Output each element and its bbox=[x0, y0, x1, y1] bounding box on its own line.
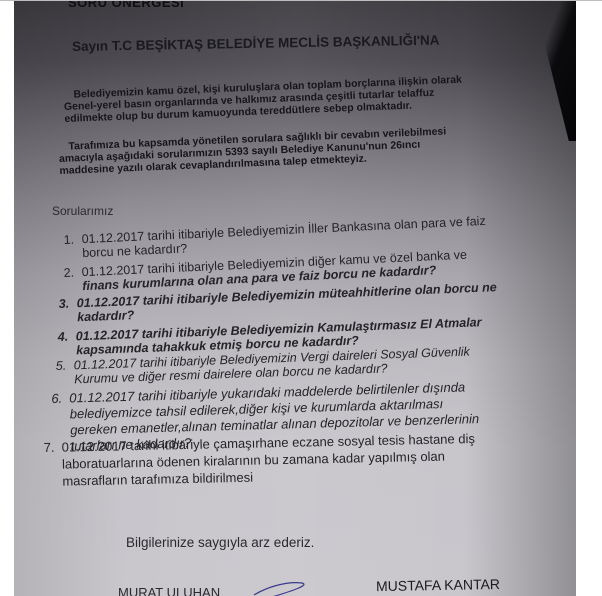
signatory-name: MUSTAFA KANTAR bbox=[376, 576, 500, 594]
question-number: 2. bbox=[63, 265, 82, 280]
document-photo: SORU ÖNERGESİ Sayın T.C BEŞİKTAŞ BELEDİY… bbox=[14, 1, 576, 596]
question-number: 6. bbox=[51, 391, 69, 407]
closing-line: Bilgilerinize saygıyla arz ederiz. bbox=[126, 535, 314, 550]
signature-scribble-icon bbox=[252, 579, 312, 596]
question-number: 5. bbox=[56, 358, 74, 373]
addressee-heading: Sayın T.C BEŞİKTAŞ BELEDİYE MECLİS BAŞKA… bbox=[72, 33, 440, 54]
question-number: 7. bbox=[43, 439, 61, 456]
question-number: 4. bbox=[58, 329, 76, 344]
intro-paragraph: Belediyemizin kamu özel, kişi kuruluşlar… bbox=[63, 74, 463, 125]
questions-heading: Sorularımız bbox=[52, 204, 113, 218]
question-number: 3. bbox=[58, 296, 77, 311]
document-type-label: SORU ÖNERGESİ bbox=[68, 1, 184, 10]
signatory-name: MURAT ULUHAN bbox=[118, 585, 220, 596]
request-paragraph: Tarafımıza bu kapsamda yönetilen sorular… bbox=[58, 125, 447, 177]
question-number: 1. bbox=[63, 232, 82, 247]
question-item: 7.01.12.2017 tarihi itibariyle çamaşırha… bbox=[43, 430, 475, 490]
background-shadow bbox=[516, 1, 576, 141]
